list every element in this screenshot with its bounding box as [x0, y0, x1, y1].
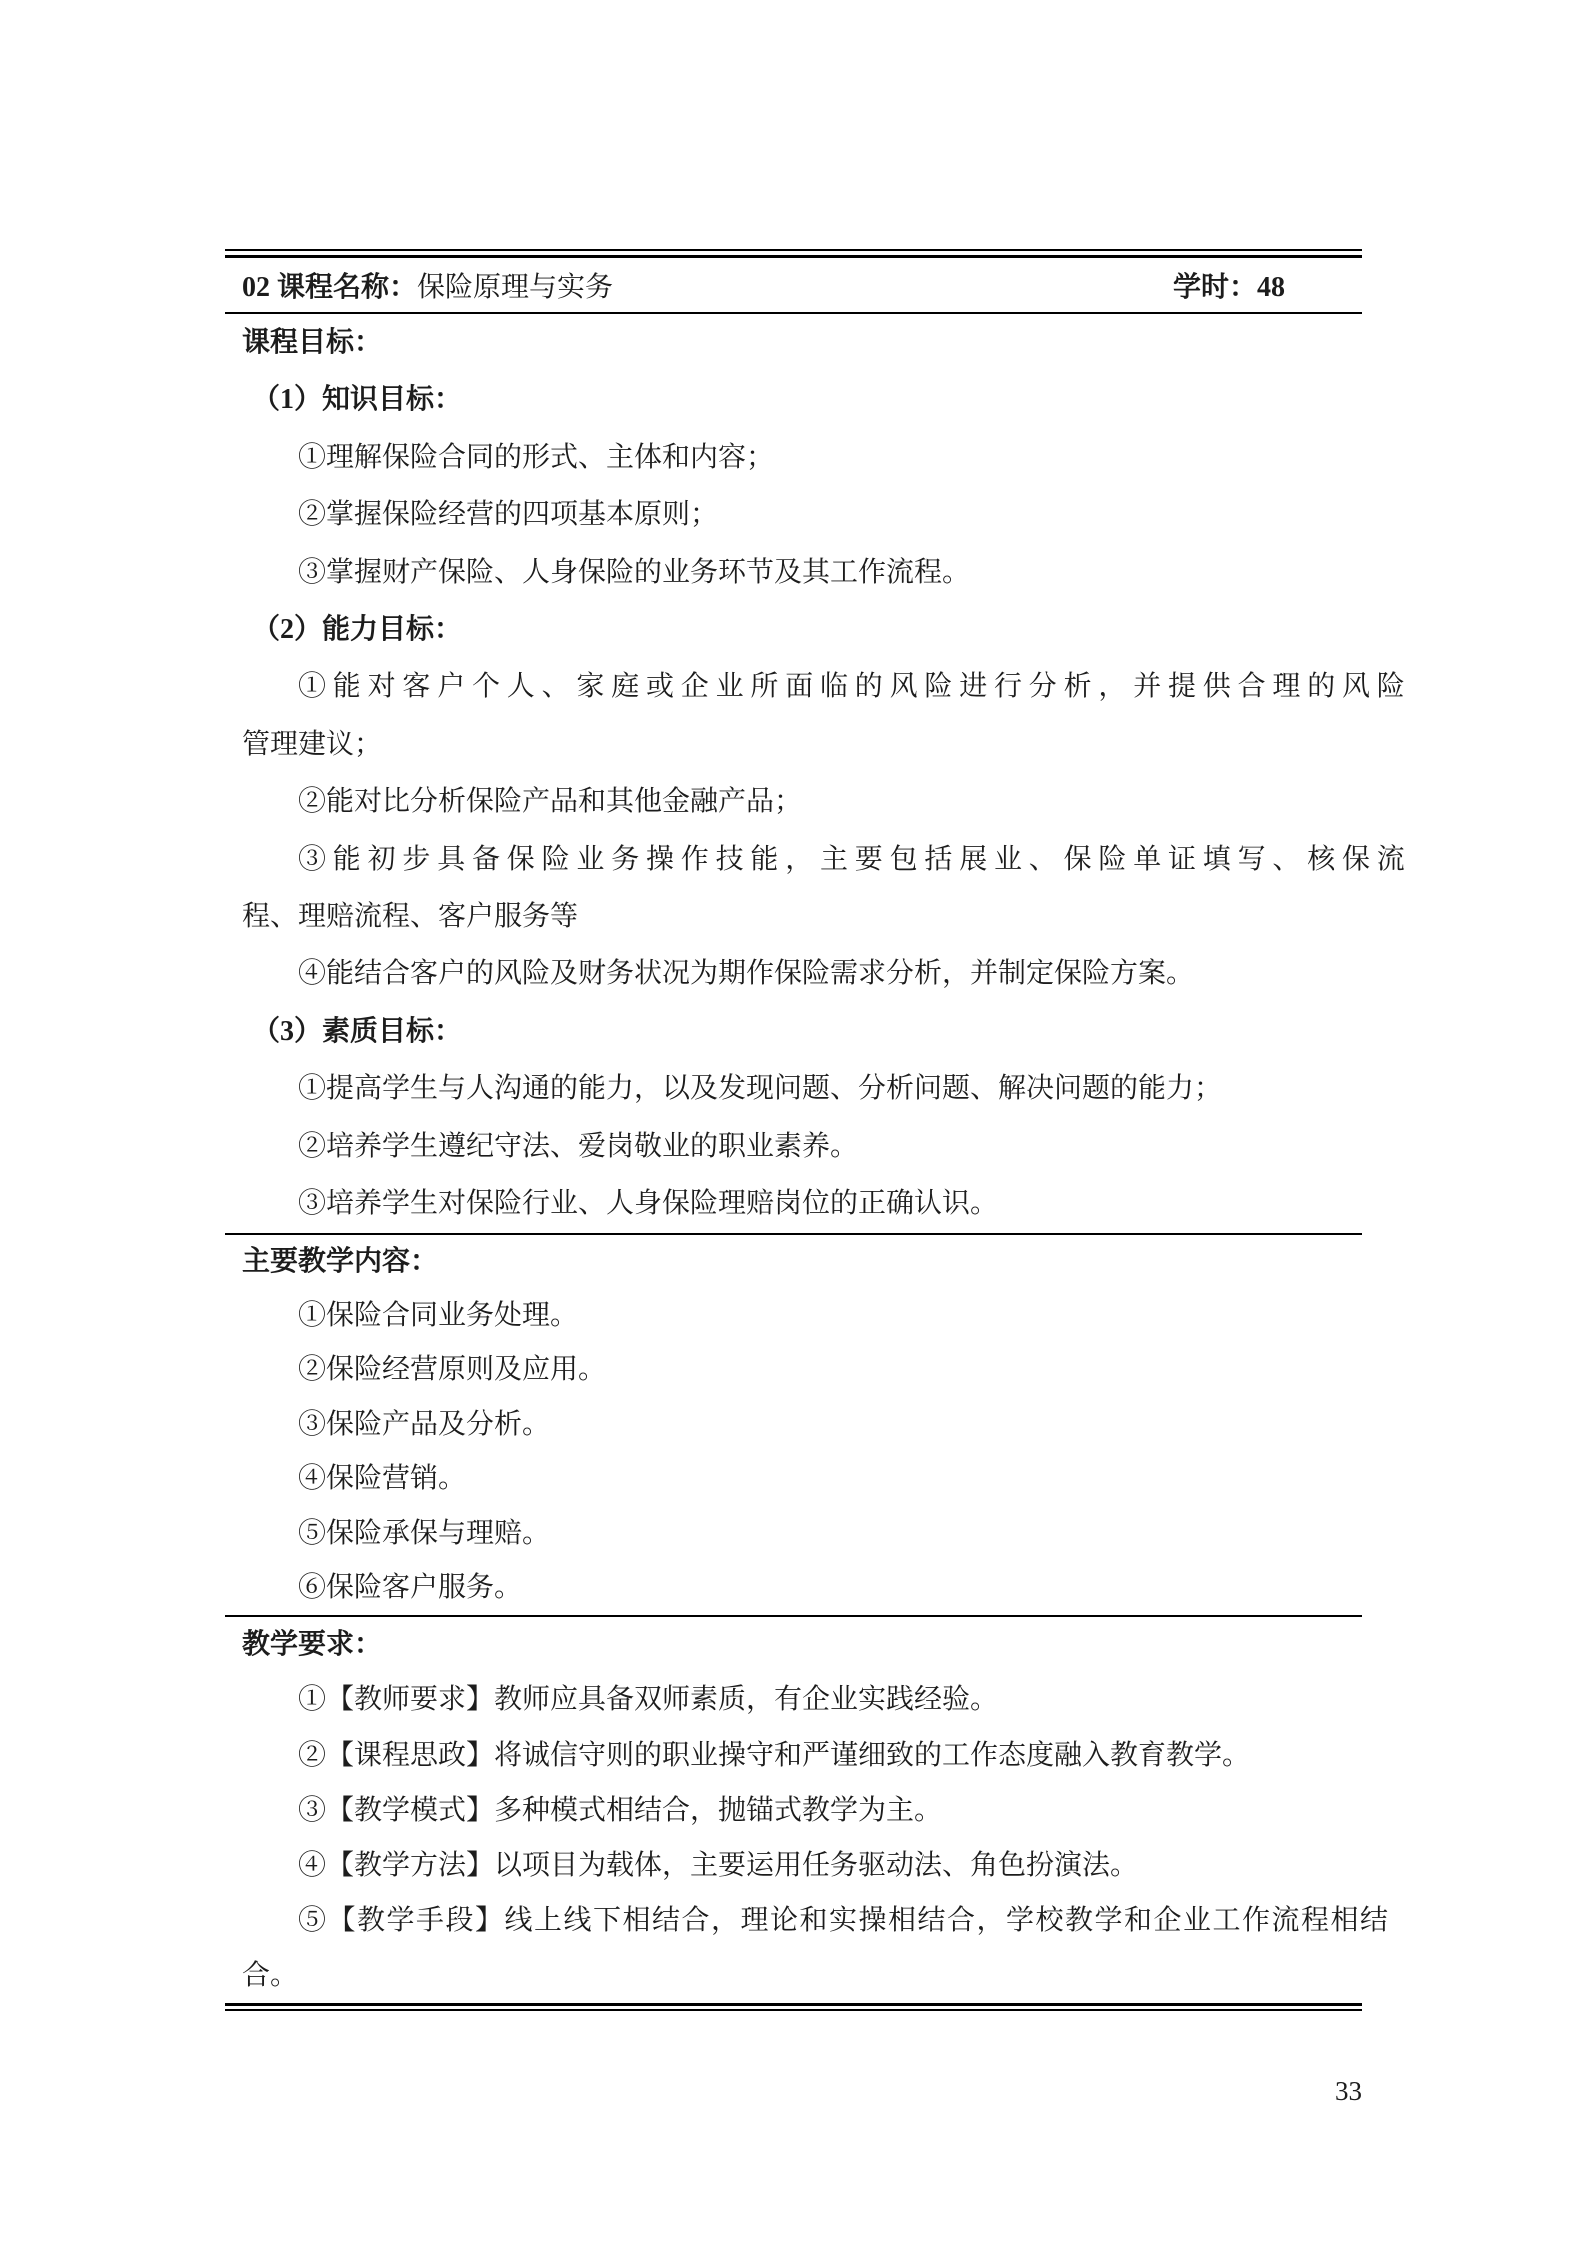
hours-label: 学时：	[1173, 272, 1257, 303]
text-line: ②培养学生遵纪守法、爱岗敬业的职业素养。	[225, 1118, 1362, 1175]
text-line: ⑤【教学手段】线上线下相结合，理论和实操相结合，学校教学和企业工作流程相结	[225, 1893, 1362, 1948]
text-line: ①能对客户个人、家庭或企业所面临的风险进行分析，并提供合理的风险	[225, 658, 1362, 715]
text-line: ①理解保险合同的形式、主体和内容；	[225, 429, 1362, 486]
text-line: ②掌握保险经营的四项基本原则；	[225, 486, 1362, 543]
text-line: 教学要求：	[225, 1617, 1362, 1672]
text-line: ③保险产品及分析。	[225, 1398, 1362, 1452]
course-hours: 学时：48	[1173, 265, 1285, 305]
text-line: （1）知识目标：	[225, 371, 1362, 428]
course-name: 保险原理与实务	[417, 272, 613, 303]
text-line: ②【课程思政】将诚信守则的职业操守和严谨细致的工作态度融入教育教学。	[225, 1728, 1362, 1783]
top-double-rule	[225, 249, 1362, 258]
section-course-objectives: 课程目标：（1）知识目标：①理解保险合同的形式、主体和内容；②掌握保险经营的四项…	[225, 314, 1362, 1233]
text-line: 程、理赔流程、客户服务等	[225, 888, 1362, 945]
text-line: ①【教师要求】教师应具备双师素质，有企业实践经验。	[225, 1672, 1362, 1727]
text-line: ④【教学方法】以项目为载体，主要运用任务驱动法、角色扮演法。	[225, 1838, 1362, 1893]
text-line: ③【教学模式】多种模式相结合，抛锚式教学为主。	[225, 1783, 1362, 1838]
text-line: ⑤保险承保与理赔。	[225, 1507, 1362, 1561]
course-number-label: 02 课程名称：	[242, 272, 417, 303]
text-line: ④保险营销。	[225, 1452, 1362, 1506]
text-line: ②能对比分析保险产品和其他金融产品；	[225, 773, 1362, 830]
text-line: 主要教学内容：	[225, 1235, 1362, 1289]
course-syllabus-card: 02 课程名称：保险原理与实务 学时：48 课程目标：（1）知识目标：①理解保险…	[225, 249, 1362, 2011]
text-line: ①保险合同业务处理。	[225, 1289, 1362, 1343]
text-line: ⑥保险客户服务。	[225, 1561, 1362, 1615]
section-teaching-content: 主要教学内容：①保险合同业务处理。②保险经营原则及应用。③保险产品及分析。④保险…	[225, 1235, 1362, 1616]
text-line: ③能初步具备保险业务操作技能，主要包括展业、保险单证填写、核保流	[225, 831, 1362, 888]
text-line: ③掌握财产保险、人身保险的业务环节及其工作流程。	[225, 544, 1362, 601]
document-page: 02 课程名称：保险原理与实务 学时：48 课程目标：（1）知识目标：①理解保险…	[0, 0, 1587, 2245]
text-line: （3）素质目标：	[225, 1003, 1362, 1060]
page-number: 33	[1335, 2076, 1362, 2107]
course-header-row: 02 课程名称：保险原理与实务 学时：48	[225, 258, 1362, 312]
section-teaching-requirements: 教学要求：①【教师要求】教师应具备双师素质，有企业实践经验。②【课程思政】将诚信…	[225, 1617, 1362, 2003]
text-line: 合。	[225, 1948, 1362, 2003]
text-line: 管理建议；	[225, 716, 1362, 773]
text-line: ③培养学生对保险行业、人身保险理赔岗位的正确认识。	[225, 1175, 1362, 1232]
text-line: （2）能力目标：	[225, 601, 1362, 658]
text-line: ②保险经营原则及应用。	[225, 1343, 1362, 1397]
course-title: 02 课程名称：保险原理与实务	[242, 265, 613, 305]
text-line: 课程目标：	[225, 314, 1362, 371]
text-line: ④能结合客户的风险及财务状况为期作保险需求分析，并制定保险方案。	[225, 945, 1362, 1002]
text-line: ①提高学生与人沟通的能力，以及发现问题、分析问题、解决问题的能力；	[225, 1060, 1362, 1117]
bottom-double-rule	[225, 2003, 1362, 2011]
hours-value: 48	[1257, 272, 1285, 303]
